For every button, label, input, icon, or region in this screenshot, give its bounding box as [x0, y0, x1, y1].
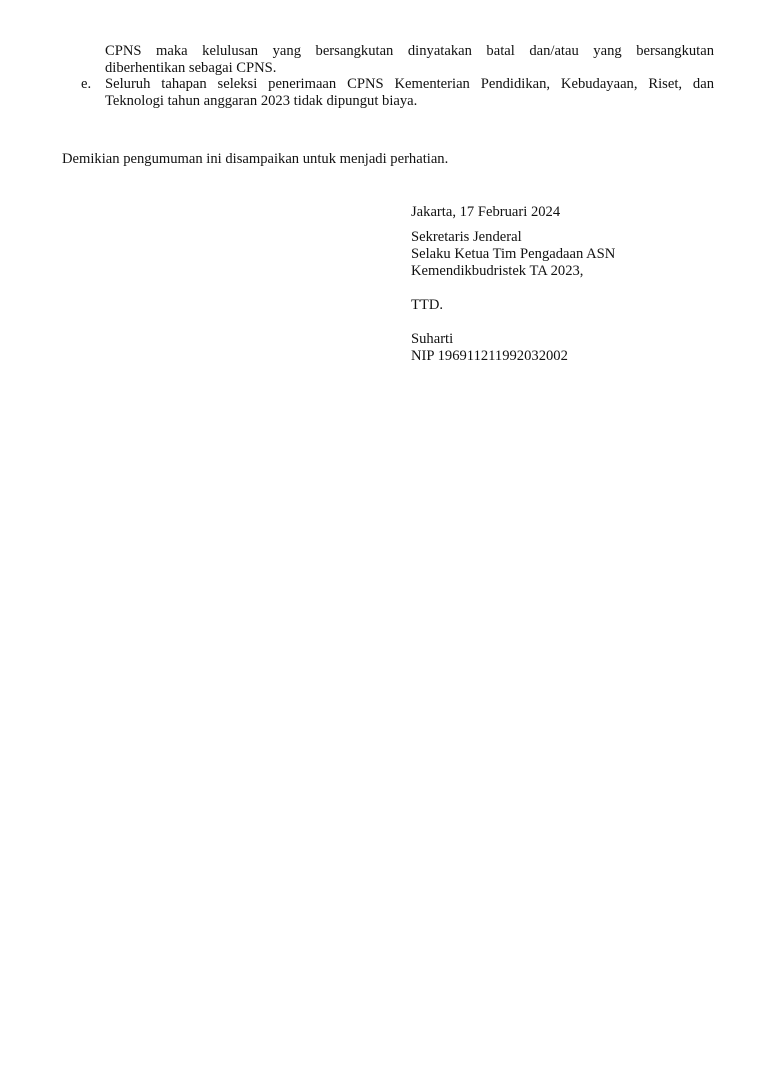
- signatory-nip: NIP 196911211992032002: [411, 348, 615, 365]
- list-item-continuation: CPNS maka kelulusan yang bersangkutan di…: [105, 43, 714, 76]
- signature-block: Jakarta, 17 Februari 2024 Sekretaris Jen…: [411, 204, 615, 365]
- signature-signed-mark: TTD.: [411, 297, 615, 314]
- signature-position-line-2: Selaku Ketua Tim Pengadaan ASN: [411, 246, 615, 263]
- document-page: CPNS maka kelulusan yang bersangkutan di…: [0, 0, 768, 1087]
- continuation-line-2: diberhentikan sebagai CPNS.: [105, 60, 714, 77]
- signatory-name: Suharti: [411, 331, 615, 348]
- list-item-e: e. Seluruh tahapan seleksi penerimaan CP…: [78, 76, 714, 109]
- announcement-list: CPNS maka kelulusan yang bersangkutan di…: [78, 43, 714, 109]
- list-item-line-1: Seluruh tahapan seleksi penerimaan CPNS …: [105, 76, 714, 93]
- list-item-line-2: Teknologi tahun anggaran 2023 tidak dipu…: [105, 93, 714, 110]
- continuation-line-1: CPNS maka kelulusan yang bersangkutan di…: [105, 43, 714, 60]
- signature-position-line-3: Kemendikbudristek TA 2023,: [411, 263, 615, 280]
- signature-spacer: [411, 280, 615, 297]
- signature-position-line-1: Sekretaris Jenderal: [411, 229, 615, 246]
- closing-statement: Demikian pengumuman ini disampaikan untu…: [62, 151, 448, 168]
- list-marker: e.: [81, 76, 91, 93]
- signature-place-date: Jakarta, 17 Februari 2024: [411, 204, 615, 221]
